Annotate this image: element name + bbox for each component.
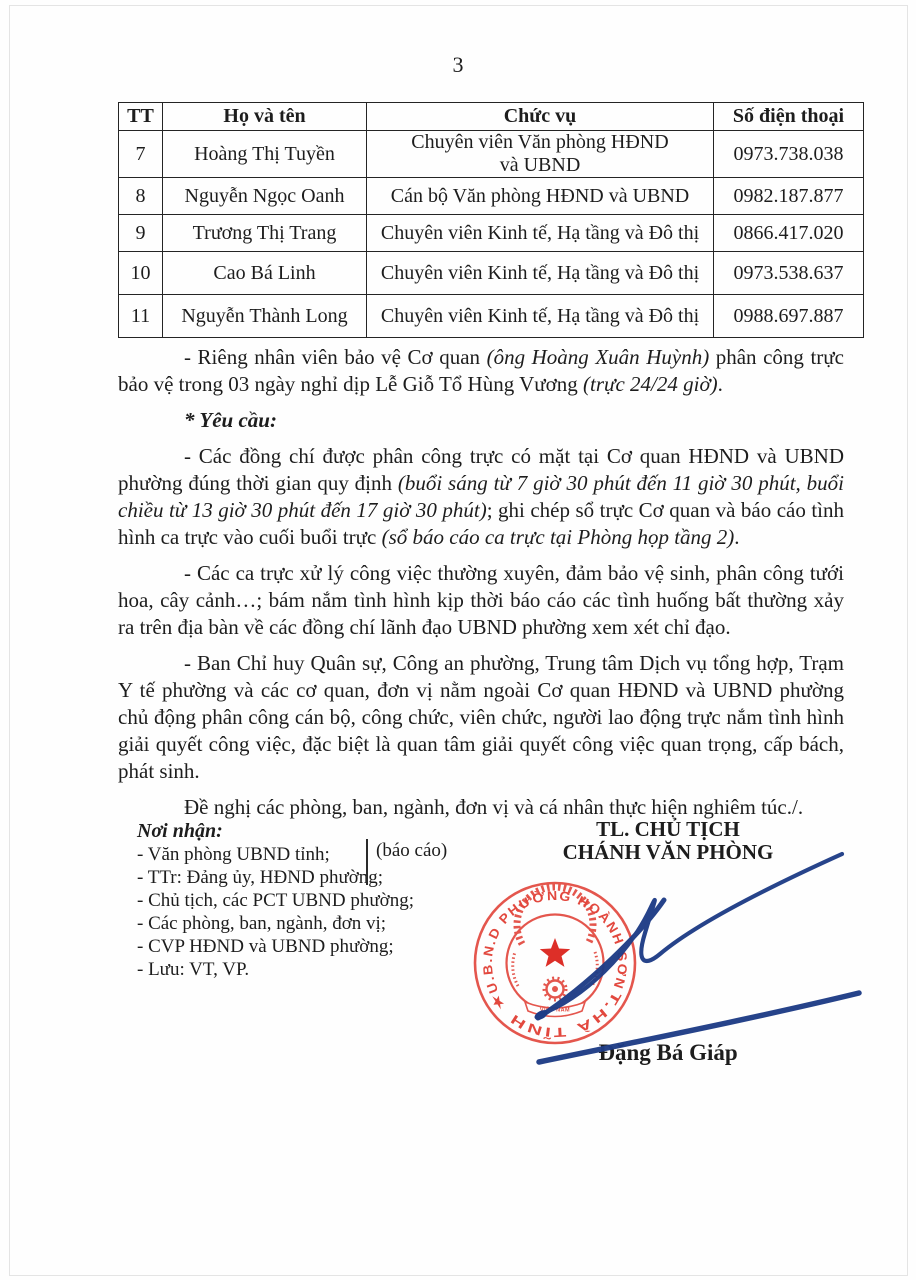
signature-title-line2: CHÁNH VĂN PHÒNG	[538, 841, 798, 864]
paragraph-duty-hours: - Các đồng chí được phân công trực có mặ…	[118, 443, 844, 551]
signature-title-line1: TL. CHỦ TỊCH	[538, 818, 798, 841]
header-position: Chức vụ	[367, 103, 714, 131]
cell-tt: 10	[119, 252, 163, 295]
document-body: - Riêng nhân viên bảo vệ Cơ quan (ông Ho…	[118, 344, 844, 830]
cell-phone: 0982.187.877	[714, 178, 864, 215]
table-row: 7 Hoàng Thị Tuyền Chuyên viên Văn phòng …	[119, 131, 864, 178]
cell-position: Chuyên viên Văn phòng HĐND và UBND	[367, 131, 714, 178]
cell-phone: 0973.538.637	[714, 252, 864, 295]
cell-position: Chuyên viên Kinh tế, Hạ tầng và Đô thị	[367, 215, 714, 252]
cell-name: Hoàng Thị Tuyền	[163, 131, 367, 178]
table-row: 11 Nguyễn Thành Long Chuyên viên Kinh tế…	[119, 295, 864, 338]
official-seal: U.B.N.D PHƯỜNG HOÀNH SƠN T.HÀ TĨNH ★ VIỆ…	[468, 876, 642, 1050]
cell-position: Cán bộ Văn phòng HĐND và UBND	[367, 178, 714, 215]
cell-name: Trương Thị Trang	[163, 215, 367, 252]
cell-name: Nguyễn Thành Long	[163, 295, 367, 338]
paragraph-security-guard: - Riêng nhân viên bảo vệ Cơ quan (ông Ho…	[118, 344, 844, 398]
report-note: (báo cáo)	[366, 839, 447, 885]
heading-requirements: * Yêu cầu:	[118, 407, 844, 434]
seal-banner-text: VIỆT NAM	[540, 1006, 570, 1014]
seal-outer-ring	[475, 883, 635, 1043]
header-tt: TT	[119, 103, 163, 131]
signature-title: TL. CHỦ TỊCH CHÁNH VĂN PHÒNG	[538, 818, 798, 864]
table-row: 8 Nguyễn Ngọc Oanh Cán bộ Văn phòng HĐND…	[119, 178, 864, 215]
paragraph-agencies: - Ban Chỉ huy Quân sự, Công an phường, T…	[118, 650, 844, 785]
recipient-item: - Chủ tịch, các PCT UBND phường;	[137, 889, 437, 912]
cell-tt: 8	[119, 178, 163, 215]
table-row: 9 Trương Thị Trang Chuyên viên Kinh tế, …	[119, 215, 864, 252]
header-name: Họ và tên	[163, 103, 367, 131]
table-row: 10 Cao Bá Linh Chuyên viên Kinh tế, Hạ t…	[119, 252, 864, 295]
cell-phone: 0988.697.887	[714, 295, 864, 338]
duty-roster-table: TT Họ và tên Chức vụ Số điện thoại 7 Hoà…	[118, 102, 864, 338]
seal-gear-hub	[552, 986, 558, 992]
cell-tt: 11	[119, 295, 163, 338]
table-header-row: TT Họ và tên Chức vụ Số điện thoại	[119, 103, 864, 131]
seal-star-icon	[540, 938, 570, 967]
recipient-item: - Lưu: VT, VP.	[137, 958, 437, 981]
recipient-item: - CVP HĐND và UBND phường;	[137, 935, 437, 958]
cell-tt: 7	[119, 131, 163, 178]
seal-wreath-right	[592, 952, 597, 986]
page-number: 3	[0, 52, 916, 78]
document-page: 3 TT Họ và tên Chức vụ Số điện thoại 7 H…	[0, 0, 916, 1280]
cell-name: Nguyễn Ngọc Oanh	[163, 178, 367, 215]
paragraph-shift-duties: - Các ca trực xử lý công việc thường xuy…	[118, 560, 844, 641]
cell-phone: 0866.417.020	[714, 215, 864, 252]
header-phone: Số điện thoại	[714, 103, 864, 131]
recipient-item: - Các phòng, ban, ngành, đơn vị;	[137, 912, 437, 935]
cell-phone: 0973.738.038	[714, 131, 864, 178]
cell-tt: 9	[119, 215, 163, 252]
seal-wreath-left	[513, 952, 518, 986]
cell-position: Chuyên viên Kinh tế, Hạ tầng và Đô thị	[367, 295, 714, 338]
cell-name: Cao Bá Linh	[163, 252, 367, 295]
cell-position: Chuyên viên Kinh tế, Hạ tầng và Đô thị	[367, 252, 714, 295]
